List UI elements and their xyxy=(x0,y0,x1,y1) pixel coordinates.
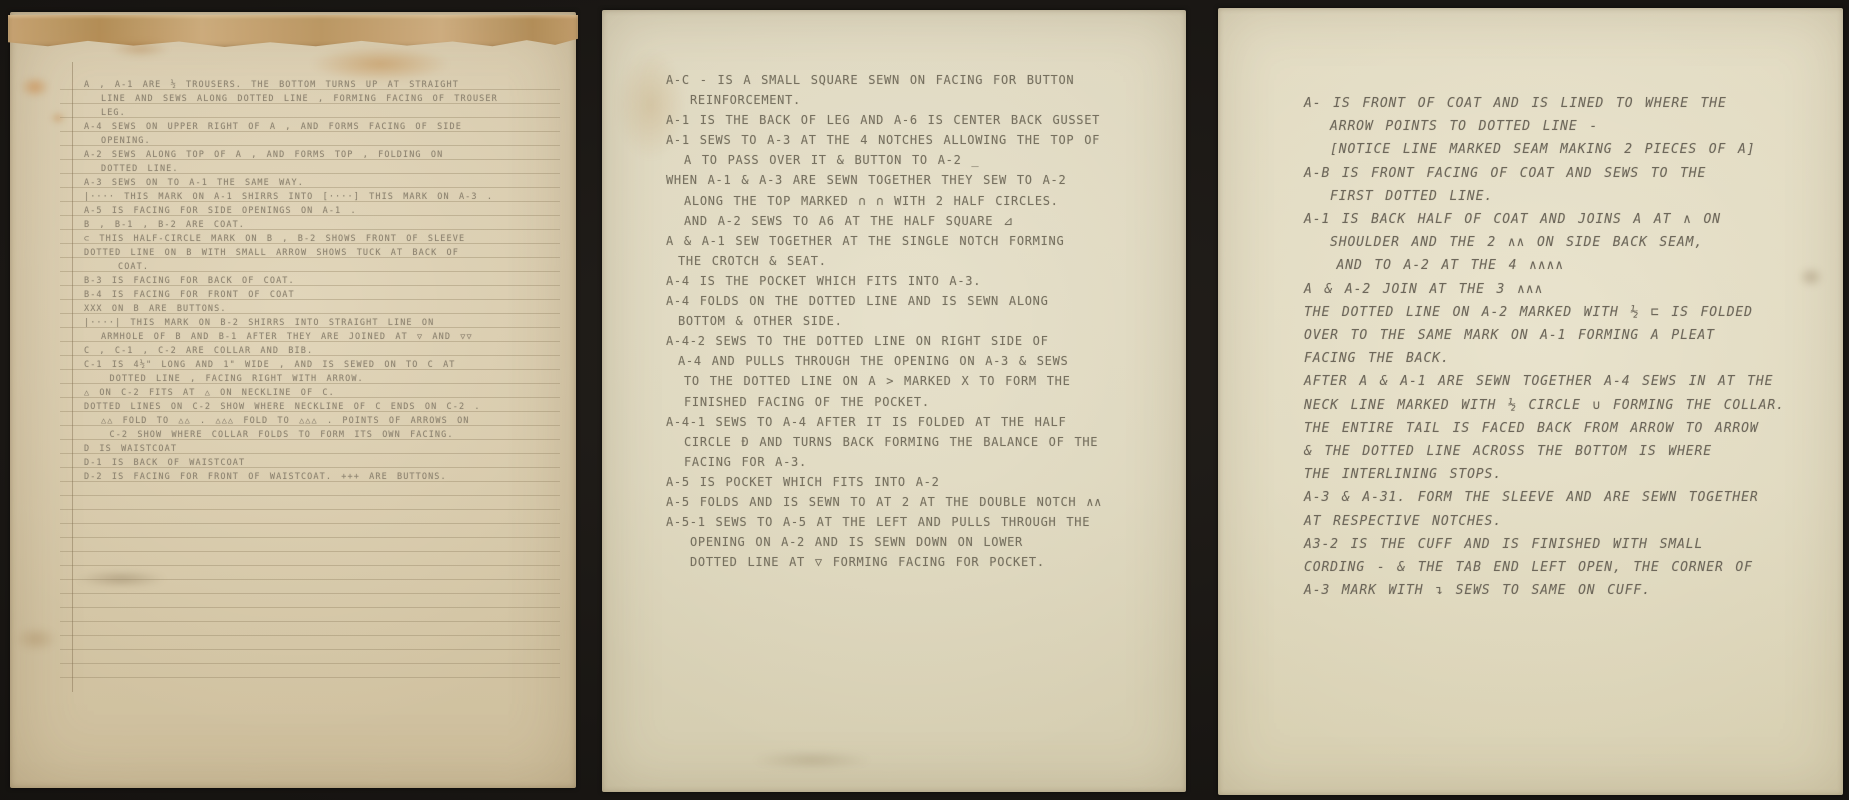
handwritten-line: A & A-1 SEW TOGETHER AT THE SINGLE NOTCH… xyxy=(666,231,1102,251)
handwritten-line: |···· THIS MARK ON A-1 SHIRRS INTO [····… xyxy=(84,190,498,204)
handwritten-line: ARROW POINTS TO DOTTED LINE - xyxy=(1304,115,1785,138)
page-right: A- IS FRONT OF COAT AND IS LINED TO WHER… xyxy=(1218,8,1843,795)
handwritten-line: OPENING ON A-2 AND IS SEWN DOWN ON LOWER xyxy=(666,532,1102,552)
handwritten-line: C-2 SHOW WHERE COLLAR FOLDS TO FORM ITS … xyxy=(84,428,498,442)
handwritten-line: CORDING - & THE TAB END LEFT OPEN, THE C… xyxy=(1304,556,1785,579)
handwritten-line: DOTTED LINE AT ▽ FORMING FACING FOR POCK… xyxy=(666,552,1102,572)
handwritten-line: B-4 IS FACING FOR FRONT OF COAT xyxy=(84,288,498,302)
handwritten-line: A-3 MARK WITH ↴ SEWS TO SAME ON CUFF. xyxy=(1304,579,1785,602)
stain xyxy=(76,570,166,588)
handwritten-line: AND TO A-2 AT THE 4 ∧∧∧∧ xyxy=(1304,254,1785,277)
handwritten-text-right: A- IS FRONT OF COAT AND IS LINED TO WHER… xyxy=(1304,92,1785,602)
handwritten-line: DOTTED LINE , FACING RIGHT WITH ARROW. xyxy=(84,372,498,386)
handwritten-line: NECK LINE MARKED WITH ½ CIRCLE ∪ FORMING… xyxy=(1304,394,1785,417)
handwritten-line: LEG. xyxy=(84,106,498,120)
handwritten-line: ARMHOLE OF B AND B-1 AFTER THEY ARE JOIN… xyxy=(84,330,498,344)
margin-line xyxy=(72,62,73,692)
handwritten-line: A-4 FOLDS ON THE DOTTED LINE AND IS SEWN… xyxy=(666,291,1102,311)
page-left: A , A-1 ARE ½ TROUSERS. THE BOTTOM TURNS… xyxy=(10,12,576,788)
handwritten-line: FACING FOR A-3. xyxy=(666,452,1102,472)
handwritten-line: A-4 SEWS ON UPPER RIGHT OF A , AND FORMS… xyxy=(84,120,498,134)
handwritten-line: AFTER A & A-1 ARE SEWN TOGETHER A-4 SEWS… xyxy=(1304,370,1785,393)
handwritten-line: A-3 & A-31. FORM THE SLEEVE AND ARE SEWN… xyxy=(1304,486,1785,509)
tape-strip xyxy=(8,15,578,49)
handwritten-line: B-3 IS FACING FOR BACK OF COAT. xyxy=(84,274,498,288)
handwritten-line: A3-2 IS THE CUFF AND IS FINISHED WITH SM… xyxy=(1304,533,1785,556)
handwritten-line: DOTTED LINE. xyxy=(84,162,498,176)
handwritten-line: △△ FOLD TO △△ . △△△ FOLD TO △△△ . POINTS… xyxy=(84,414,498,428)
handwritten-text-middle: A-C - IS A SMALL SQUARE SEWN ON FACING F… xyxy=(666,70,1102,572)
handwritten-line: A TO PASS OVER IT & BUTTON TO A-2 _ xyxy=(666,150,1102,170)
page-middle: A-C - IS A SMALL SQUARE SEWN ON FACING F… xyxy=(602,10,1186,792)
handwritten-line: THE DOTTED LINE ON A-2 MARKED WITH ½ ⊏ I… xyxy=(1304,301,1785,324)
handwritten-line: TO THE DOTTED LINE ON A > MARKED X TO FO… xyxy=(666,371,1102,391)
handwritten-line: THE INTERLINING STOPS. xyxy=(1304,463,1785,486)
handwritten-line: THE CROTCH & SEAT. xyxy=(666,251,1102,271)
handwritten-line: D-2 IS FACING FOR FRONT OF WAISTCOAT. ++… xyxy=(84,470,498,484)
handwritten-line: LINE AND SEWS ALONG DOTTED LINE , FORMIN… xyxy=(84,92,498,106)
handwritten-line: XXX ON B ARE BUTTONS. xyxy=(84,302,498,316)
handwritten-line: A-2 SEWS ALONG TOP OF A , AND FORMS TOP … xyxy=(84,148,498,162)
handwritten-line: ⊂ THIS HALF-CIRCLE MARK ON B , B-2 SHOWS… xyxy=(84,232,498,246)
handwritten-line: FIRST DOTTED LINE. xyxy=(1304,185,1785,208)
handwritten-line: A-1 IS THE BACK OF LEG AND A-6 IS CENTER… xyxy=(666,110,1102,130)
handwritten-line: A-4-1 SEWS TO A-4 AFTER IT IS FOLDED AT … xyxy=(666,412,1102,432)
stain xyxy=(50,112,66,124)
handwritten-line: C , C-1 , C-2 ARE COLLAR AND BIB. xyxy=(84,344,498,358)
handwritten-line: & THE DOTTED LINE ACROSS THE BOTTOM IS W… xyxy=(1304,440,1785,463)
handwritten-line: A-3 SEWS ON TO A-1 THE SAME WAY. xyxy=(84,176,498,190)
handwritten-line: A-5 IS POCKET WHICH FITS INTO A-2 xyxy=(666,472,1102,492)
handwritten-line: D IS WAISTCOAT xyxy=(84,442,498,456)
stain xyxy=(20,76,50,98)
handwritten-line: OVER TO THE SAME MARK ON A-1 FORMING A P… xyxy=(1304,324,1785,347)
handwritten-line: A-4 AND PULLS THROUGH THE OPENING ON A-3… xyxy=(666,351,1102,371)
handwritten-line: A-5-1 SEWS TO A-5 AT THE LEFT AND PULLS … xyxy=(666,512,1102,532)
handwritten-line: REINFORCEMENT. xyxy=(666,90,1102,110)
handwritten-line: A-4 IS THE POCKET WHICH FITS INTO A-3. xyxy=(666,271,1102,291)
handwritten-line: △ ON C-2 FITS AT △ ON NECKLINE OF C. xyxy=(84,386,498,400)
handwritten-line: [NOTICE LINE MARKED SEAM MAKING 2 PIECES… xyxy=(1304,138,1785,161)
handwritten-line: CIRCLE Ɖ AND TURNS BACK FORMING THE BALA… xyxy=(666,432,1102,452)
handwritten-line: A-1 SEWS TO A-3 AT THE 4 NOTCHES ALLOWIN… xyxy=(666,130,1102,150)
handwritten-line: A-4-2 SEWS TO THE DOTTED LINE ON RIGHT S… xyxy=(666,331,1102,351)
handwritten-line: |····| THIS MARK ON B-2 SHIRRS INTO STRA… xyxy=(84,316,498,330)
handwritten-line: A-C - IS A SMALL SQUARE SEWN ON FACING F… xyxy=(666,70,1102,90)
photograph-background: A , A-1 ARE ½ TROUSERS. THE BOTTOM TURNS… xyxy=(0,0,1849,800)
handwritten-line: A , A-1 ARE ½ TROUSERS. THE BOTTOM TURNS… xyxy=(84,78,498,92)
handwritten-line: B , B-1 , B-2 ARE COAT. xyxy=(84,218,498,232)
stain xyxy=(310,46,450,82)
handwritten-line: A & A-2 JOIN AT THE 3 ∧∧∧ xyxy=(1304,278,1785,301)
handwritten-line: A-B IS FRONT FACING OF COAT AND SEWS TO … xyxy=(1304,162,1785,185)
handwritten-line: WHEN A-1 & A-3 ARE SEWN TOGETHER THEY SE… xyxy=(666,170,1102,190)
handwritten-line: FINISHED FACING OF THE POCKET. xyxy=(666,392,1102,412)
stain xyxy=(752,750,872,770)
handwritten-line: ALONG THE TOP MARKED ∩ ∩ WITH 2 HALF CIR… xyxy=(666,191,1102,211)
handwritten-line: DOTTED LINE ON B WITH SMALL ARROW SHOWS … xyxy=(84,246,498,260)
stain xyxy=(1798,266,1824,288)
handwritten-line: OPENING. xyxy=(84,134,498,148)
handwritten-line: SHOULDER AND THE 2 ∧∧ ON SIDE BACK SEAM, xyxy=(1304,231,1785,254)
handwritten-line: D-1 IS BACK OF WAISTCOAT xyxy=(84,456,498,470)
handwritten-line: A-5 FOLDS AND IS SEWN TO AT 2 AT THE DOU… xyxy=(666,492,1102,512)
handwritten-line: AND A-2 SEWS TO A6 AT THE HALF SQUARE ⊿ xyxy=(666,211,1102,231)
handwritten-line: A- IS FRONT OF COAT AND IS LINED TO WHER… xyxy=(1304,92,1785,115)
handwritten-line: BOTTOM & OTHER SIDE. xyxy=(666,311,1102,331)
handwritten-line: DOTTED LINES ON C-2 SHOW WHERE NECKLINE … xyxy=(84,400,498,414)
stain xyxy=(14,626,58,652)
handwritten-line: FACING THE BACK. xyxy=(1304,347,1785,370)
handwritten-line: A-1 IS BACK HALF OF COAT AND JOINS A AT … xyxy=(1304,208,1785,231)
handwritten-line: A-5 IS FACING FOR SIDE OPENINGS ON A-1 . xyxy=(84,204,498,218)
handwritten-line: THE ENTIRE TAIL IS FACED BACK FROM ARROW… xyxy=(1304,417,1785,440)
handwritten-text-left: A , A-1 ARE ½ TROUSERS. THE BOTTOM TURNS… xyxy=(84,78,498,484)
handwritten-line: AT RESPECTIVE NOTCHES. xyxy=(1304,510,1785,533)
handwritten-line: C-1 IS 4½" LONG AND 1" WIDE , AND IS SEW… xyxy=(84,358,498,372)
handwritten-line: COAT. xyxy=(84,260,498,274)
